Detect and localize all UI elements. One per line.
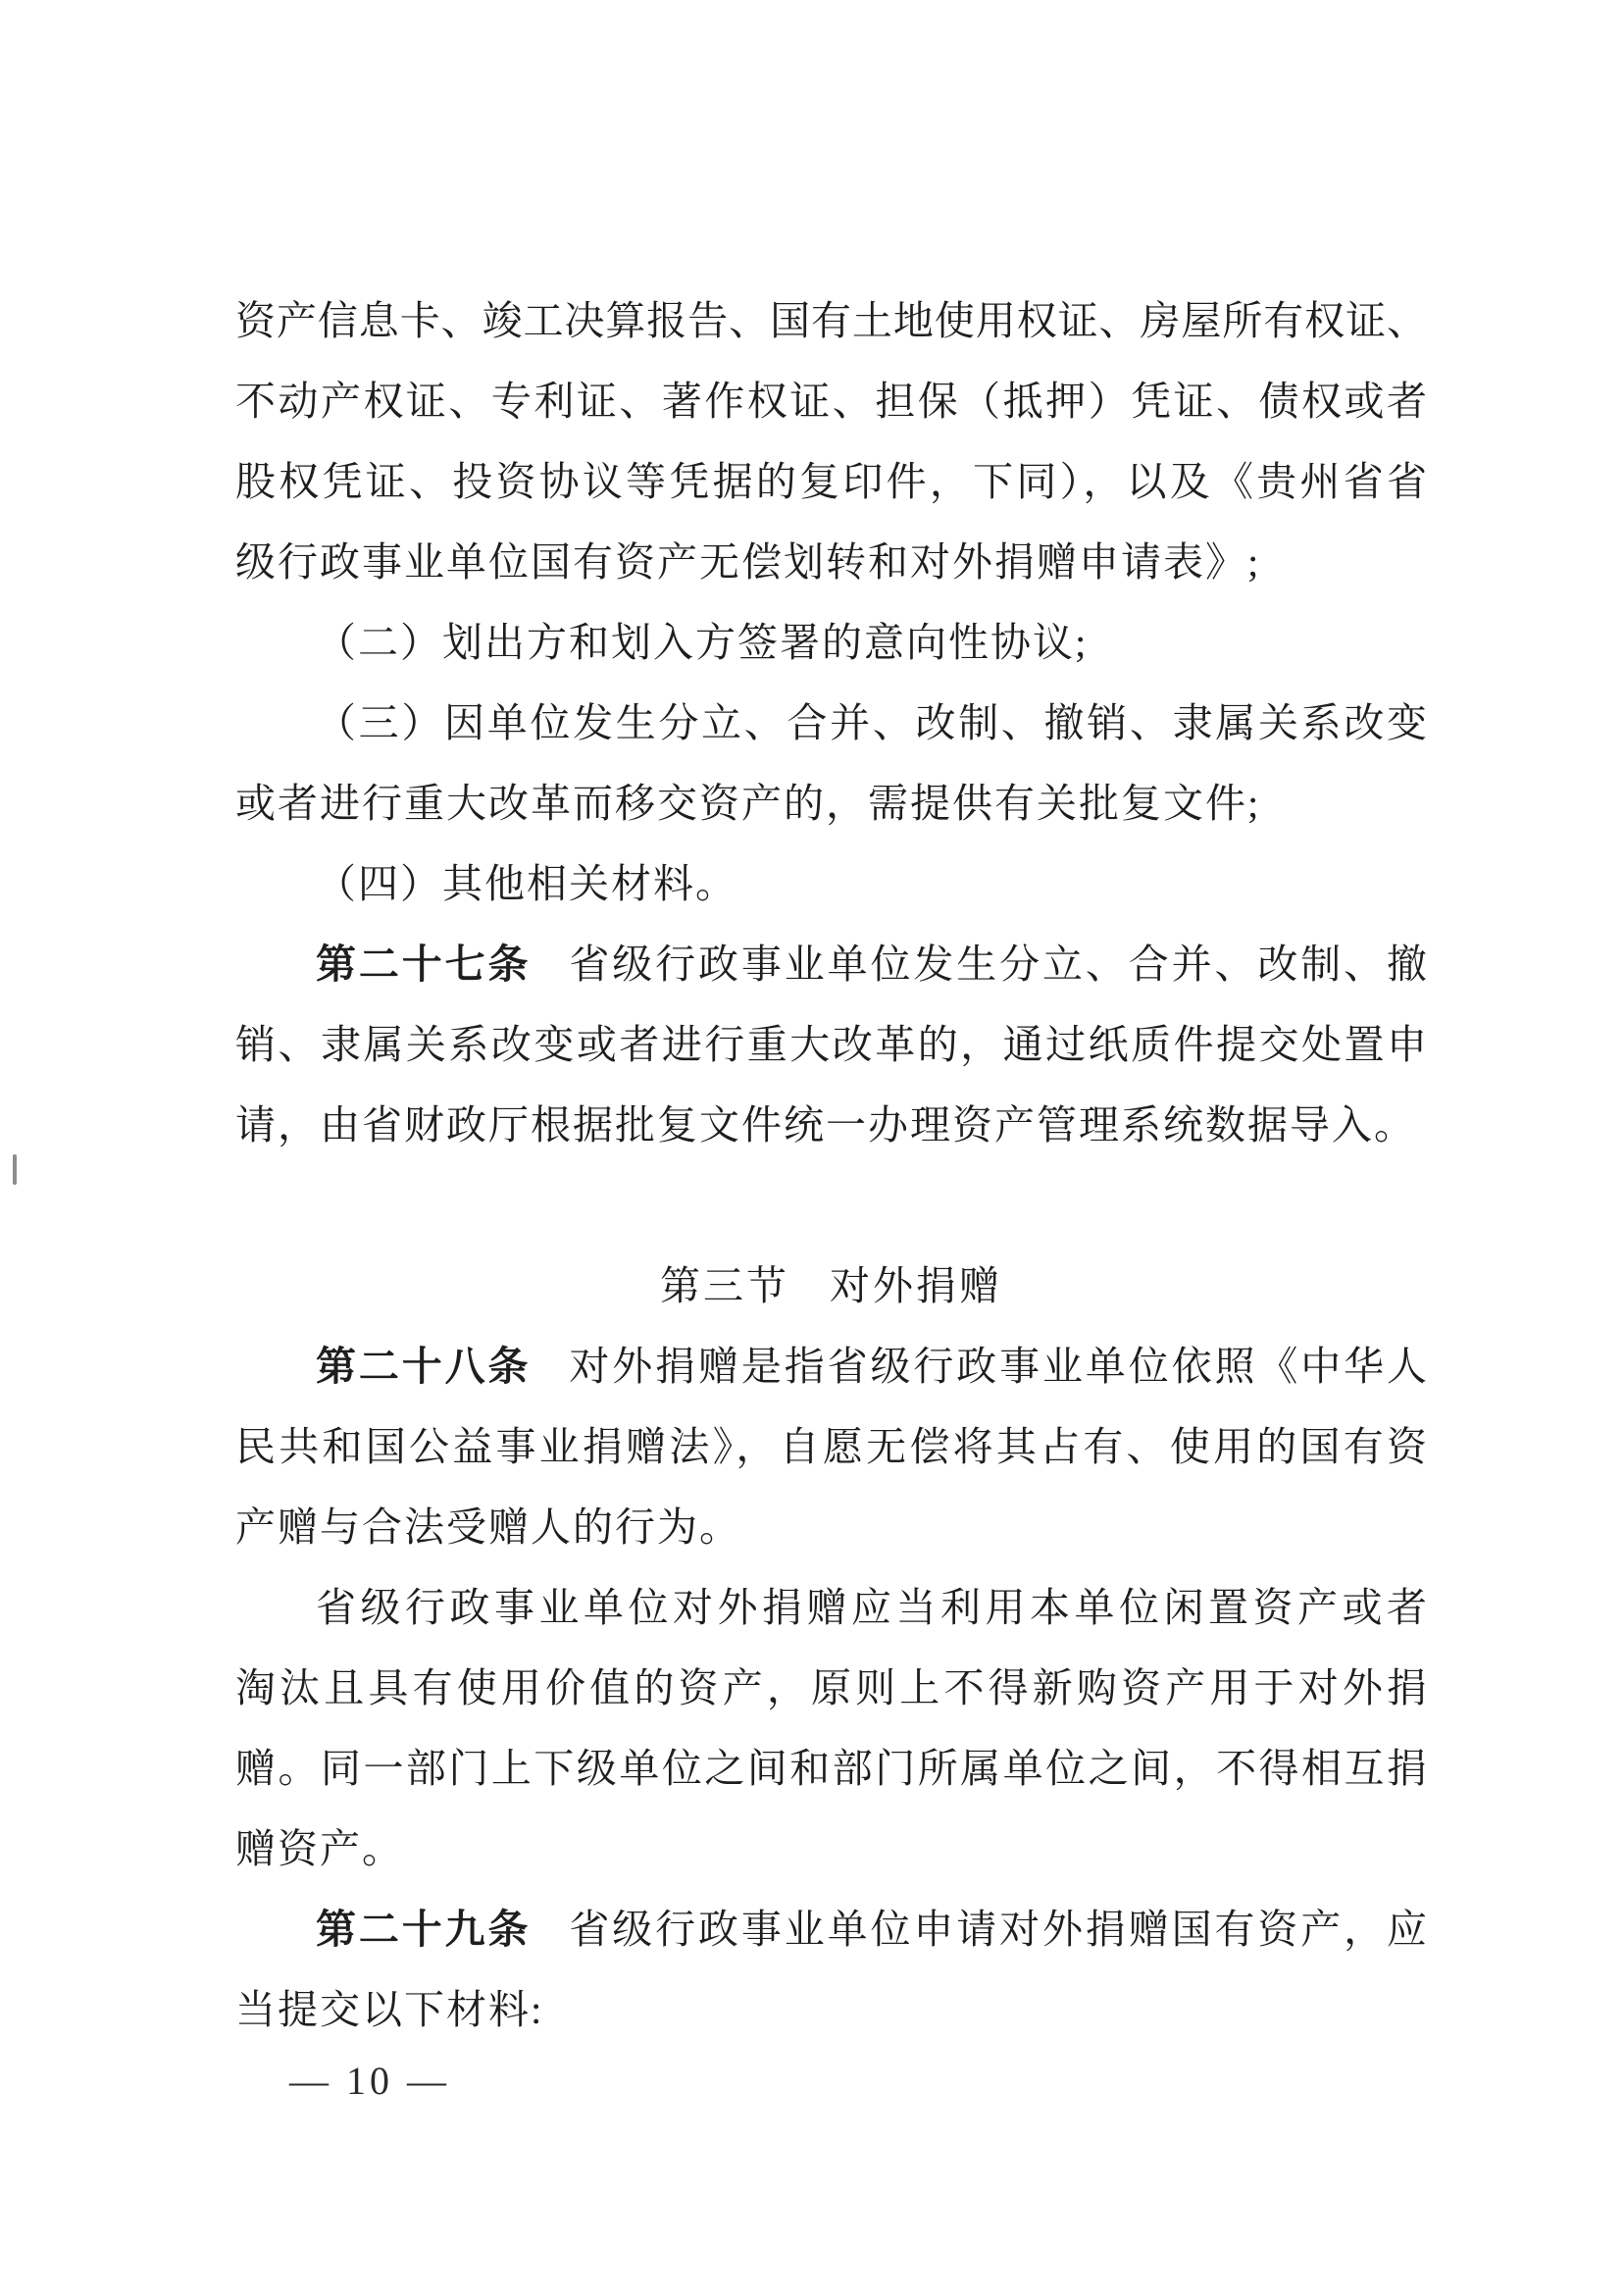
text-line-9: 第二十七条省级行政事业单位发生分立、合并、改制、撤 (235, 924, 1427, 1004)
line-text: 产赠与合法受赠人的行为。 (235, 1504, 741, 1550)
line-text: （二）划出方和划入方签署的意向性协议; (316, 620, 1088, 665)
document-page: 资产信息卡、竣工决算报告、国有土地使用权证、房屋所有权证、 不动产权证、专利证、… (0, 0, 1624, 2294)
line-text: 或者进行重大改革而移交资产的，需提供有关批复文件; (235, 781, 1260, 826)
line-text: 股权凭证、投资协议等凭据的复印件，下同），以及《贵州省省 (235, 459, 1427, 504)
line-text: 当提交以下材料: (235, 1987, 543, 2032)
text-line-20: 第二十九条省级行政事业单位申请对外捐赠国有资产，应 (235, 1889, 1427, 1969)
scan-artifact-mark (13, 1154, 17, 1185)
section-heading: 第三节对外捐赠 (235, 1246, 1427, 1326)
text-line-15: 产赠与合法受赠人的行为。 (235, 1487, 1427, 1567)
text-line-19: 赠资产。 (235, 1809, 1427, 1889)
text-line-6: （三）因单位发生分立、合并、改制、撤销、隶属关系改变 (235, 683, 1427, 763)
line-text: （四）其他相关材料。 (316, 861, 737, 906)
blank-line (235, 1165, 1427, 1246)
text-line-2: 不动产权证、专利证、著作权证、担保（抵押）凭证、债权或者 (235, 361, 1427, 441)
text-line-16: 省级行政事业单位对外捐赠应当利用本单位闲置资产或者 (235, 1567, 1427, 1648)
text-line-10: 销、隶属关系改变或者进行重大改革的，通过纸质件提交处置申 (235, 1004, 1427, 1085)
line-text: 销、隶属关系改变或者进行重大改革的，通过纸质件提交处置申 (235, 1022, 1427, 1067)
line-text: 请，由省财政厅根据批复文件统一办理资产管理系统数据导入。 (235, 1102, 1416, 1147)
text-line-5: （二）划出方和划入方签署的意向性协议; (235, 602, 1427, 683)
text-line-18: 赠。同一部门上下级单位之间和部门所属单位之间，不得相互捐 (235, 1728, 1427, 1809)
text-line-1: 资产信息卡、竣工决算报告、国有土地使用权证、房屋所有权证、 (235, 280, 1427, 361)
text-line-3: 股权凭证、投资协议等凭据的复印件，下同），以及《贵州省省 (235, 441, 1427, 522)
text-line-17: 淘汰且具有使用价值的资产，原则上不得新购资产用于对外捐 (235, 1648, 1427, 1728)
text-line-8: （四）其他相关材料。 (235, 843, 1427, 924)
line-text: 省级行政事业单位发生分立、合并、改制、撤 (569, 942, 1427, 987)
text-line-7: 或者进行重大改革而移交资产的，需提供有关批复文件; (235, 763, 1427, 843)
text-line-11: 请，由省财政厅根据批复文件统一办理资产管理系统数据导入。 (235, 1085, 1427, 1165)
document-body: 资产信息卡、竣工决算报告、国有土地使用权证、房屋所有权证、 不动产权证、专利证、… (235, 280, 1427, 2111)
article-number-bold: 第二十八条 (316, 1344, 531, 1389)
section-number: 第三节 (660, 1263, 789, 1308)
section-title: 对外捐赠 (830, 1263, 1002, 1308)
text-line-4: 级行政事业单位国有资产无偿划转和对外捐赠申请表》; (235, 522, 1427, 602)
article-number-bold: 第二十九条 (316, 1907, 531, 1952)
line-text: 对外捐赠是指省级行政事业单位依照《中华人 (569, 1344, 1427, 1389)
page-number: — 10 — (235, 2052, 1427, 2111)
line-text: 民共和国公益事业捐赠法》，自愿无偿将其占有、使用的国有资 (235, 1424, 1427, 1469)
text-line-21: 当提交以下材料: (235, 1969, 1427, 2050)
line-text: 资产信息卡、竣工决算报告、国有土地使用权证、房屋所有权证、 (235, 298, 1427, 343)
line-text: （三）因单位发生分立、合并、改制、撤销、隶属关系改变 (316, 700, 1427, 745)
text-line-14: 民共和国公益事业捐赠法》，自愿无偿将其占有、使用的国有资 (235, 1406, 1427, 1487)
line-text: 赠资产。 (235, 1826, 404, 1871)
line-text: 省级行政事业单位申请对外捐赠国有资产，应 (569, 1907, 1427, 1952)
line-text: 淘汰且具有使用价值的资产，原则上不得新购资产用于对外捐 (235, 1665, 1427, 1710)
line-text: 赠。同一部门上下级单位之间和部门所属单位之间，不得相互捐 (235, 1746, 1427, 1791)
text-line-13: 第二十八条对外捐赠是指省级行政事业单位依照《中华人 (235, 1326, 1427, 1406)
line-text: 级行政事业单位国有资产无偿划转和对外捐赠申请表》; (235, 539, 1260, 585)
line-text: 省级行政事业单位对外捐赠应当利用本单位闲置资产或者 (316, 1585, 1427, 1630)
article-number-bold: 第二十七条 (316, 942, 531, 987)
line-text: 不动产权证、专利证、著作权证、担保（抵押）凭证、债权或者 (235, 379, 1427, 424)
